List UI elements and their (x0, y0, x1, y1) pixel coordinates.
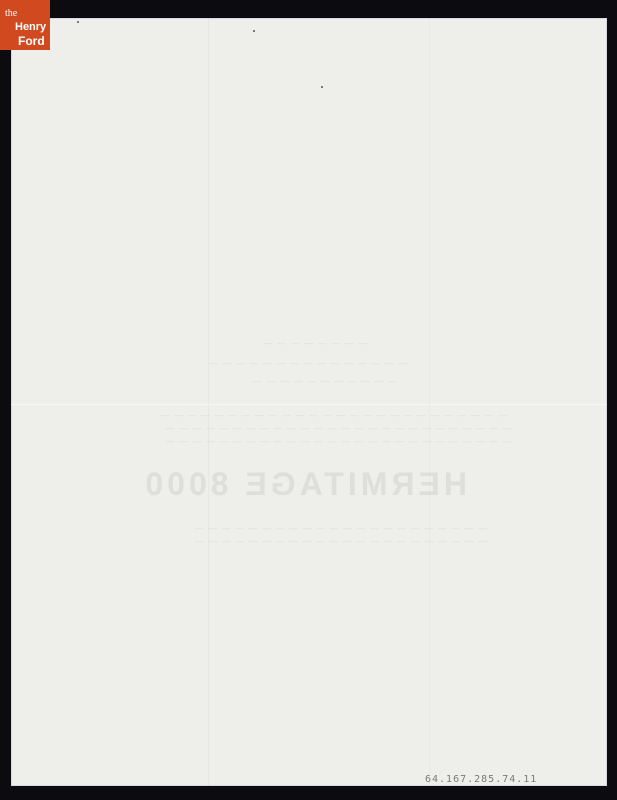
logo-text: Ford (18, 35, 45, 47)
paper-speck (253, 30, 255, 32)
henry-ford-logo: the Henry Ford (0, 0, 50, 50)
paper-sheet: — — — — — — — — — — — — — — — — — — — — … (11, 18, 607, 786)
logo-text: the (5, 9, 17, 19)
paper-speck (77, 21, 79, 23)
accession-number: 64.167.285.74.11 (425, 774, 537, 785)
show-through-text: — — — — — — — — — — — — — — — — — — — — … (11, 18, 607, 786)
show-through-heading: HERMITAGE 8000 (141, 466, 467, 503)
logo-text: Henry (15, 22, 46, 33)
paper-speck (321, 86, 323, 88)
